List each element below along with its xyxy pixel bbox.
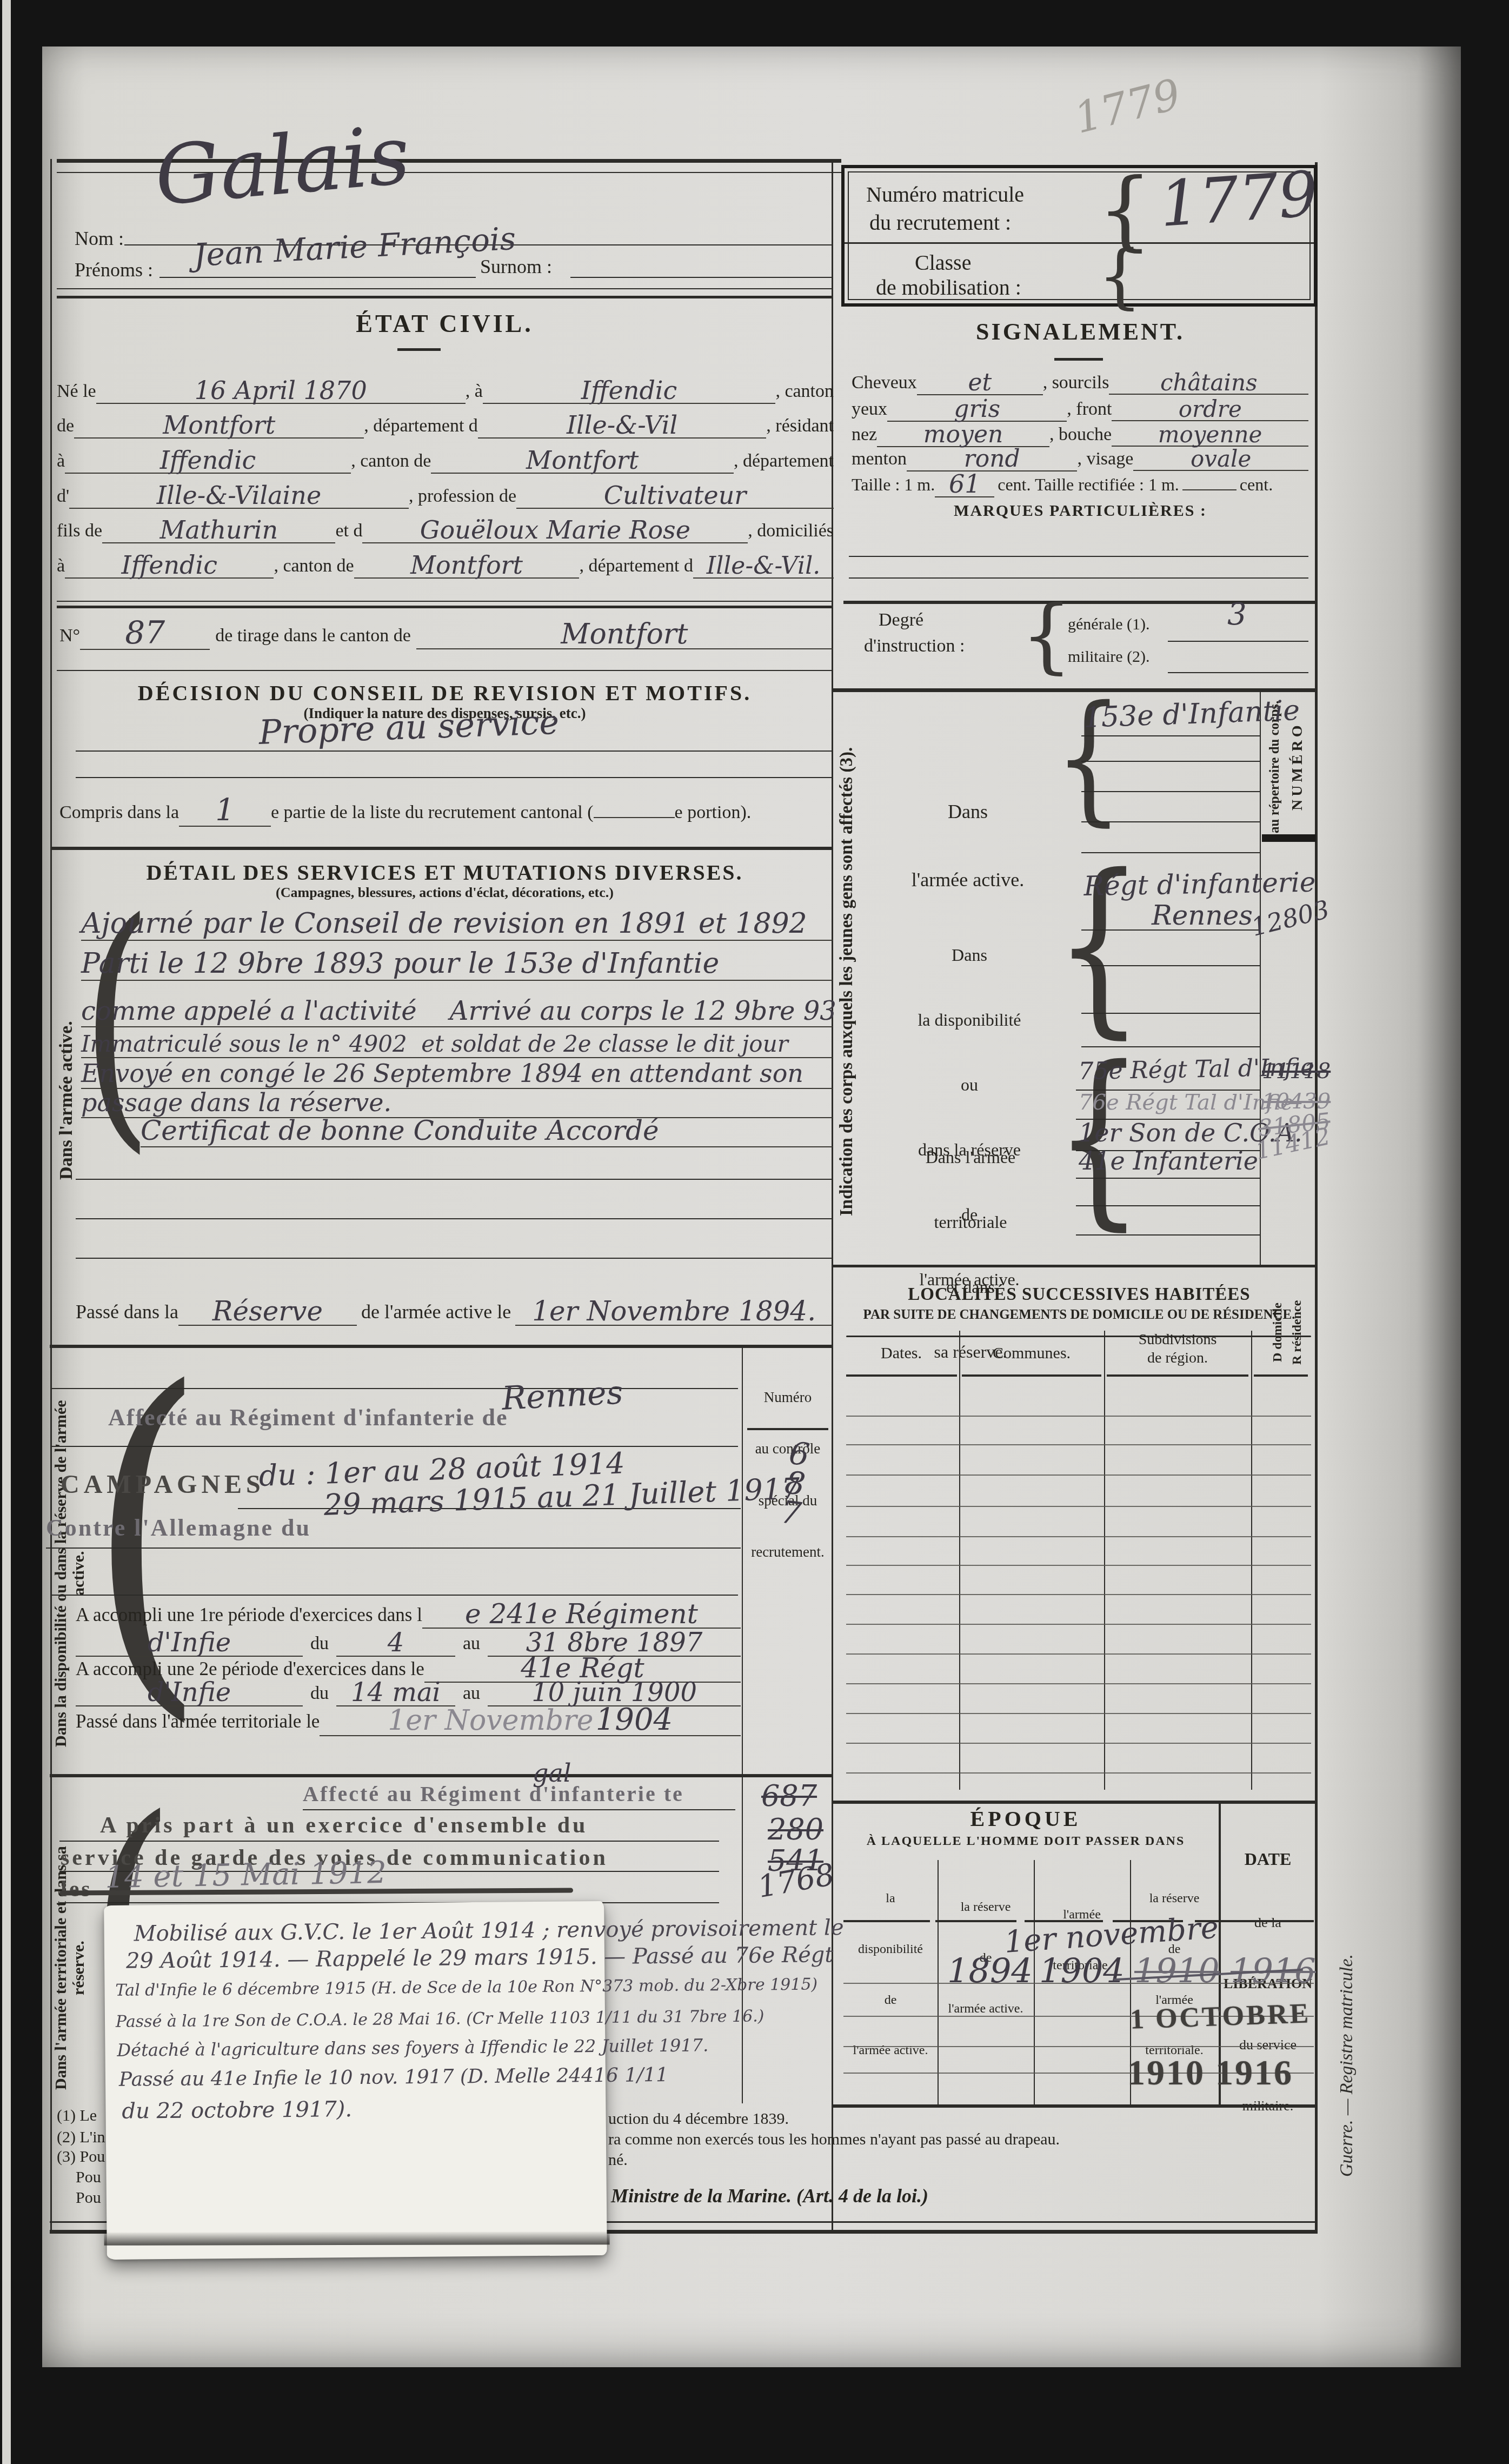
taille-rectifiee-label: cent. Taille rectifiée : 1 m. — [994, 475, 1182, 495]
taille-row: Taille : 1 m. 61 cent. Taille rectifiée … — [852, 467, 1308, 497]
footnote-3-stub: (3) Pou — [57, 2148, 105, 2166]
rule — [849, 577, 1308, 579]
degre-label-1: Degré — [879, 610, 923, 630]
margin-label-corps: Indication des corps auxquels les jeunes… — [837, 703, 857, 1260]
corps-active-label-2: l'armée active. — [876, 868, 1060, 891]
exercice-line1-stamp: A pris part à un exercice d'ensemble du — [100, 1812, 588, 1838]
rule — [843, 1920, 930, 1922]
sourcils-label: , sourcils — [1043, 373, 1109, 393]
localites-dr-label-1: D domicile — [1271, 1296, 1285, 1369]
h: de la — [1221, 1912, 1315, 1933]
rule — [76, 1179, 833, 1180]
label: , canton de — [274, 556, 354, 576]
tirage-canton-value: Montfort — [561, 618, 688, 650]
margin-number-280: 280 — [768, 1812, 823, 1847]
matricule-number-value: 1779 — [1158, 158, 1320, 241]
etat-civil-row: Né le 16 April 1870 , à Iffendic , canto… — [57, 374, 834, 404]
label: , résidant — [766, 416, 834, 436]
h: la — [846, 1890, 935, 1907]
domicile-value: Iffendic — [121, 550, 217, 580]
nom-label: Nom : — [75, 227, 124, 250]
rule — [76, 777, 833, 778]
rule — [76, 751, 833, 752]
epoque-col-rule — [1034, 1860, 1035, 2104]
classe-label-1: Classe — [915, 250, 971, 275]
table-row-rule — [846, 1565, 1311, 1566]
rule — [51, 847, 833, 850]
rule — [1081, 1013, 1260, 1014]
menton-label: menton — [852, 449, 907, 469]
rule — [57, 606, 833, 608]
stamp-1-octobre: 1 OCTOBRE — [1129, 1997, 1311, 2036]
label: A accompli une 1re période d'exercices d… — [76, 1604, 422, 1626]
rule — [57, 288, 833, 289]
rule — [935, 1920, 1016, 1922]
cheveux-value: et — [968, 369, 992, 396]
table-row-rule — [846, 1772, 1311, 1774]
label: d' — [57, 486, 69, 507]
nez-label: nez — [852, 424, 877, 445]
matricule-label-1: Numéro matricule — [866, 182, 1024, 207]
rule — [303, 1809, 735, 1810]
rule — [59, 1841, 719, 1842]
footnote-1-stub: (1) Le — [57, 2107, 97, 2125]
h: l'armée active. — [940, 2001, 1032, 2017]
footnote-ministre: Ministre de la Marine. (Art. 4 de la loi… — [611, 2184, 928, 2207]
rule — [57, 670, 833, 671]
service-line: Ajourné par le Conseil de revision en 18… — [81, 907, 807, 940]
label: Né le — [57, 381, 96, 402]
services-title: DÉTAIL DES SERVICES ET MUTATIONS DIVERSE… — [57, 860, 833, 885]
corps-terr-entry-value: 41e Infanterie — [1079, 1146, 1258, 1175]
label: , département d — [579, 556, 693, 576]
rule — [1168, 641, 1308, 642]
ink-block-mark — [1262, 834, 1316, 842]
matricule-label-2: du recrutement : — [869, 210, 1011, 235]
front-label: , front — [1067, 399, 1112, 420]
corps-terr-entry-numero: 11118 — [1262, 1059, 1331, 1084]
rule — [57, 601, 833, 602]
table-row-rule — [846, 1624, 1311, 1625]
visage-label: , visage — [1077, 449, 1133, 469]
scanned-register-page: { "document": { "type_label": "Guerre. —… — [0, 0, 1509, 2464]
table-row-rule — [846, 1444, 1311, 1445]
decision-title: DÉCISION DU CONSEIL DE REVISION ET MOTIF… — [57, 680, 833, 706]
affecte-regiment-stamp: Affecté au Régiment d'infanterie de — [108, 1404, 508, 1431]
service-line: Parti le 12 9bre 1893 pour le 153e d'Inf… — [81, 947, 719, 980]
h: DATE — [1221, 1847, 1315, 1871]
rule — [159, 277, 476, 278]
rule — [1081, 735, 1260, 736]
degre-generale-label: générale (1). — [1068, 615, 1150, 634]
label: de — [57, 416, 74, 436]
corps-terr-label: Dans l'armée territoriale et dans sa rés… — [887, 1103, 1054, 1384]
profession-value: Cultivateur — [604, 481, 746, 510]
footnote-right-2: ra comme non exercés tous les hommes n'a… — [608, 2130, 1311, 2149]
service-line: Envoyé en congé le 26 Septembre 1894 en … — [81, 1059, 803, 1088]
rule — [845, 242, 1314, 244]
table-row-rule — [846, 1506, 1311, 1507]
compris-label-c: e portion). — [675, 802, 752, 823]
table-row-rule — [843, 2046, 1314, 2047]
h: la réserve — [940, 1899, 1032, 1916]
etat-civil-row: à Iffendic , canton de Montfort , départ… — [57, 443, 834, 474]
rule — [1081, 821, 1260, 822]
etat-civil-title: ÉTAT CIVIL. — [57, 309, 833, 338]
canton-value: Montfort — [163, 410, 275, 440]
rule — [1081, 965, 1260, 966]
rule — [1076, 1178, 1260, 1179]
service-line: Certificat de bonne Conduite Accordé — [141, 1115, 659, 1146]
cheveux-label: Cheveux — [852, 373, 917, 393]
footnote-4-stub: Pou — [76, 2168, 101, 2187]
table-row-rule — [846, 1536, 1311, 1537]
tirage-text: de tirage dans le canton de — [210, 626, 416, 646]
rule — [1107, 1374, 1248, 1377]
rule — [397, 348, 441, 351]
note-line: du 22 octobre 1917). — [122, 2097, 352, 2124]
epoque-col-rule — [938, 1860, 939, 2104]
label: , domiciliés — [748, 521, 834, 541]
taille-value: 61 — [949, 469, 981, 499]
rule — [570, 277, 833, 278]
mother-name-value: Gouëloux Marie Rose — [420, 515, 690, 544]
rule — [846, 1374, 957, 1377]
rule — [833, 1265, 1317, 1267]
rule — [46, 1548, 741, 1549]
campagnes-stamp: CAMPAGNES — [61, 1470, 265, 1499]
rule — [1081, 929, 1260, 931]
label: , département d — [364, 416, 478, 436]
territoriale-row: Passé dans l'armée territoriale le 1er N… — [76, 1700, 741, 1736]
previous-page-edge — [2, 0, 11, 2464]
etat-civil-row: de Montfort , département d Ille-&-Vil ,… — [57, 408, 834, 439]
sourcils-value: châtains — [1160, 369, 1258, 396]
localites-col-subdiv-1: Subdivisions — [1104, 1331, 1251, 1349]
rule — [1168, 672, 1308, 673]
stamp-1910: 1910 — [1127, 2053, 1205, 2094]
corps-dispo-l2: la disponibilité — [880, 1009, 1059, 1031]
localites-title-2: PAR SUITE DE CHANGEMENTS DE DOMICILE OU … — [841, 1307, 1317, 1323]
rule — [76, 1218, 833, 1219]
taille-label: Taille : 1 m. — [852, 475, 935, 495]
brace: { — [1098, 248, 1142, 304]
compris-row: Compris dans la 1 e partie de la liste d… — [59, 791, 833, 827]
localites-col-dates: Dates. — [843, 1344, 959, 1363]
h: disponibilité — [846, 1941, 935, 1958]
label: Passé dans l'armée territoriale le — [76, 1711, 320, 1732]
rule — [833, 1801, 1317, 1804]
brace: { — [1098, 175, 1153, 244]
service-line: passage dans la réserve. — [81, 1088, 391, 1117]
margin-label-armee-active: Dans l'armée active. — [56, 973, 77, 1227]
signalement-title: SIGNALEMENT. — [843, 318, 1317, 346]
h: de — [846, 1992, 935, 2009]
domicile-canton-value: Montfort — [410, 550, 523, 580]
classe-label-2: de mobilisation : — [876, 275, 1021, 300]
rule — [962, 1374, 1101, 1377]
epoque-1910-value-crossed: 1910 — [1134, 1951, 1220, 1990]
rule — [849, 556, 1308, 557]
affecte2-sup: gal — [533, 1758, 571, 1788]
etat-civil-row: à Iffendic , canton de Montfort , départ… — [57, 548, 834, 579]
h: l'armée active. — [846, 2042, 935, 2059]
localites-col-communes: Communes. — [959, 1344, 1104, 1363]
rule — [51, 1388, 738, 1389]
rule — [57, 296, 833, 298]
label: , département — [734, 451, 834, 471]
territoriale-date-stamp: 1er Novembre — [388, 1704, 593, 1737]
tirage-no-label: N° — [59, 626, 80, 646]
residence-departement-value: Ille-&-Vilaine — [157, 481, 321, 510]
numero-controle-h4: recrutement. — [745, 1544, 830, 1561]
label: de l'armée active le — [357, 1300, 515, 1323]
contre-allemagne-stamp: Contre l'Allemagne du — [46, 1514, 311, 1542]
localites-col-rule — [959, 1331, 960, 1790]
localites-col-subdiv-2: de région. — [1104, 1350, 1251, 1367]
h: la réserve — [1132, 1890, 1216, 1907]
degre-militaire-label: militaire (2). — [1068, 648, 1150, 666]
footnote-2-stub: (2) L'in — [57, 2128, 105, 2147]
service-line: Immatriculé sous le n° 4902 et soldat de… — [81, 1031, 788, 1057]
label: , à — [466, 381, 483, 402]
marques-label: MARQUES PARTICULIÈRES : — [843, 502, 1317, 520]
numero-controle-h2: au contrôle — [745, 1440, 830, 1458]
signalement-row: yeux gris , front ordre — [852, 393, 1308, 422]
tirage-row: N° 87 de tirage dans le canton de Montfo… — [59, 612, 833, 650]
footnote-5-stub: Pou — [76, 2189, 101, 2207]
compris-label-b: e partie de la liste du recrutement cant… — [271, 802, 594, 823]
localites-col-rule — [1251, 1331, 1252, 1790]
corps-dispo-l1: Dans — [880, 944, 1059, 966]
localites-dr-label-2: R résidence — [1290, 1296, 1305, 1369]
corps-terr-entry-value: 76e Régt Tal d'Infie — [1079, 1090, 1293, 1115]
cent-label: cent. — [1237, 475, 1273, 495]
epoque-col1-header: la disponibilité de l'armée active. — [846, 1857, 935, 2076]
rule — [1076, 1205, 1260, 1206]
domicile-departement-value: Ille-&-Vil. — [707, 552, 820, 580]
etat-civil-row: fils de Mathurin et d Gouëloux Marie Ros… — [57, 513, 834, 543]
services-subtitle: (Campagnes, blessures, actions d'éclat, … — [57, 885, 833, 901]
yeux-label: yeux — [852, 399, 887, 420]
table-row-rule — [846, 1594, 1311, 1595]
rule — [1081, 761, 1260, 762]
father-name-value: Mathurin — [159, 515, 278, 544]
label: et d — [335, 521, 362, 541]
table-row-rule — [846, 1683, 1311, 1684]
periode1-row: A accompli une 1re période d'exercices d… — [76, 1596, 741, 1629]
rule — [1254, 1374, 1308, 1377]
pasted-note-paper: Mobilisé aux G.V.C. le 1er Août 1914 ; r… — [104, 1901, 607, 2260]
numero-controle-h1: Numéro — [745, 1389, 830, 1406]
rule — [747, 1428, 828, 1430]
note-bottom-shadow — [104, 2231, 610, 2246]
reserve-value: Réserve — [212, 1296, 323, 1327]
reserve-date-value: 1er Novembre 1894. — [532, 1296, 816, 1327]
note-line: Passé au 41e Infie le 10 nov. 1917 (D. M… — [119, 2064, 669, 2091]
corps-active-label: Dans l'armée active. — [876, 755, 1060, 914]
label: , canton — [775, 381, 834, 402]
rule — [1081, 791, 1260, 792]
table-row-rule — [846, 1713, 1311, 1714]
corps-active-label-1: Dans — [876, 800, 1060, 823]
footnote-right-3: né. — [608, 2151, 628, 2169]
etat-civil-row: d' Ille-&-Vilaine , profession de Cultiv… — [57, 479, 834, 509]
right-frame-rule — [1315, 162, 1318, 2234]
affecte2-stamp: Affecté au Régiment d'infanterie te — [303, 1781, 684, 1807]
prenoms-label: Prénoms : — [75, 258, 153, 281]
service-line: comme appelé a l'activité Arrivé au corp… — [81, 996, 836, 1026]
rule — [76, 1258, 833, 1259]
corps-terr-l1: Dans l'armée — [887, 1146, 1054, 1168]
compris-partie-value: 1 — [215, 793, 235, 828]
exercice-les-stamp: les — [61, 1876, 92, 1902]
registre-matricule-side-label: Guerre. — Registre matricule. — [1337, 1914, 1357, 2217]
rule — [833, 2104, 1317, 2108]
degre-generale-value: 3 — [1227, 597, 1247, 632]
epoque-subtitle: À LAQUELLE L'HOMME DOIT PASSER DANS — [833, 1834, 1219, 1849]
table-row-rule — [846, 1475, 1311, 1476]
numero-repertoire-rule — [1260, 692, 1261, 1265]
epoque-title: ÉPOQUE — [833, 1806, 1219, 1831]
corps-dispo-value-1: Régt d'infanterie — [1083, 867, 1316, 902]
label: , profession de — [409, 486, 516, 507]
departement-value: Ille-&-Vil — [567, 410, 677, 440]
label: à — [57, 556, 65, 576]
signalement-row: Cheveux et , sourcils châtains — [852, 367, 1308, 395]
bouche-label: , bouche — [1049, 424, 1112, 445]
table-row-rule — [846, 1416, 1311, 1417]
localites-col-rule — [1104, 1331, 1105, 1790]
corps-terr-l2: territoriale — [887, 1211, 1054, 1233]
label: à — [57, 451, 65, 471]
table-row-rule — [846, 1653, 1311, 1655]
compris-label-a: Compris dans la — [59, 802, 179, 823]
residence-value: Iffendic — [160, 446, 256, 475]
rule — [51, 1595, 738, 1596]
birth-place-value: Iffendic — [581, 376, 677, 405]
label: , canton de — [351, 451, 431, 471]
corps-dispo-l3: ou — [880, 1074, 1059, 1095]
table-row-rule — [846, 1743, 1311, 1744]
tirage-number-value: 87 — [125, 614, 165, 651]
margin-number-687: 687 — [761, 1779, 817, 1813]
affecte-regiment-value: Rennes — [501, 1373, 624, 1418]
brace: { — [1021, 603, 1072, 668]
birth-date-value: 16 April 1870 — [195, 376, 367, 405]
degre-label-2: d'instruction : — [864, 636, 965, 656]
corps-dispo-value-2: Rennes — [1152, 900, 1253, 931]
rule — [51, 1446, 738, 1447]
rule — [1054, 358, 1103, 361]
rule — [1076, 1234, 1260, 1236]
label: fils de — [57, 521, 102, 541]
surnom-label: Surnom : — [480, 255, 552, 278]
stamp-1916: 1916 — [1215, 2053, 1293, 2094]
territoriale-date-value: 1904 — [596, 1702, 673, 1737]
footnote-right-1: uction du 4 décembre 1839. — [608, 2110, 789, 2128]
localites-title-1: LOCALITÉS SUCCESSIVES HABITÉES — [841, 1285, 1317, 1305]
residence-canton-value: Montfort — [526, 446, 639, 475]
